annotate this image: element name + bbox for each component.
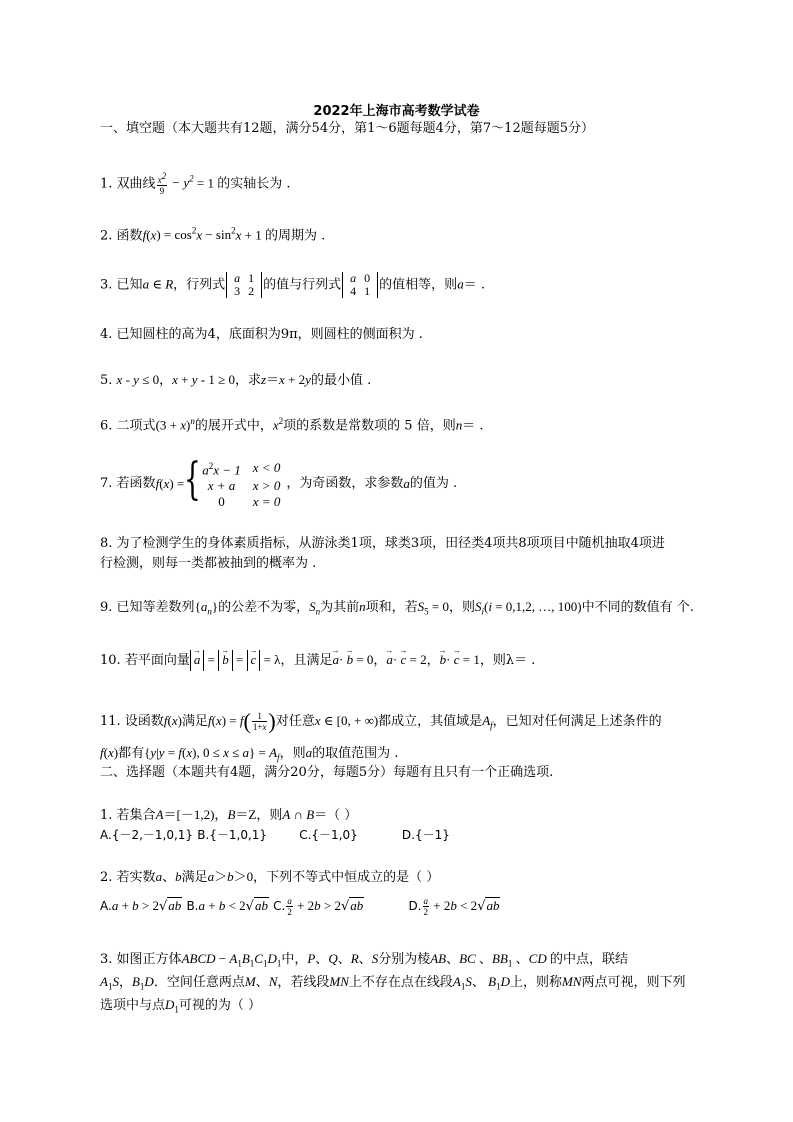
option-b[interactable]: B.{－1,0,1}: [197, 828, 267, 842]
question-2: 2. 函数f(x) = cos2x − sin2x + 1 的周期为 .: [100, 222, 325, 245]
choice-question-2-options: A.a + b > 2√ab B.a + b < 2√ab C.a2 + 2b …: [100, 896, 500, 917]
page-title: 2022年上海市高考数学试卷: [0, 100, 793, 119]
question-9: 9. 已知等差数列{an}的公差不为零，Sn为其前n项和，若S5 = 0，则Si…: [100, 598, 694, 621]
section1-header: 一、填空题（本大题共有12题，满分54分，第1～6题每题4分，第7～12题每题5…: [100, 120, 594, 138]
question-6: 6. 二项式(3 + x)n的展开式中，x2项的系数是常数项的 5 倍，则n＝ …: [100, 412, 483, 435]
question-7: 7. 若函数f(x) ={ a2x − 1x < 0 x + ax > 0 0x…: [100, 458, 457, 510]
question-8-line2: 行检测，则每一类都被抽到的概率为 .: [100, 555, 316, 573]
choice-question-3-line2: A1S，B1D．空间任意两点M、N，若线段MN上不存在点在线段A1S、 B1D上…: [100, 973, 685, 996]
question-1: 1. 双曲线x29 − y2 = 1 的实轴长为 .: [100, 170, 290, 196]
determinant-1: a132: [226, 272, 262, 298]
choice-question-2: 2. 若实数a、b满足a＞b＞0，下列不等式中恒成立的是（ ）: [100, 868, 439, 887]
option-b[interactable]: B.a + b < 2√ab: [186, 899, 269, 914]
question-8-line1: 8. 为了检测学生的身体素质指标，从游泳类1项，球类3项，田径类4项共8项项目中…: [100, 535, 665, 553]
question-3: 3. 已知a ∈ R，行列式a132的值与行列式a041的值相等，则a＝ .: [100, 272, 485, 298]
question-11-line1: 11. 设函数f(x)满足f(x) = f(11+x)对任意x ∈ [0, + …: [100, 711, 662, 735]
option-c[interactable]: C.a2 + 2b > 2√ab: [273, 899, 364, 914]
choice-question-1: 1. 若集合A＝[－1,2)，B＝Z，则A ∩ B＝（ ）: [100, 806, 357, 825]
section2-header: 二、选择题（本题共有4题，满分20分，每题5分）每题有且只有一个正确选项.: [100, 764, 553, 782]
choice-question-1-options: A.{－2,－1,0,1} B.{－1,0,1} C.{－1,0} D.{－1}: [100, 826, 450, 845]
option-c[interactable]: C.{－1,0}: [299, 828, 358, 842]
option-a[interactable]: A.a + b > 2√ab: [100, 899, 182, 914]
choice-question-3-line1: 3. 如图正方体ABCD − A1B1C1D1中，P、Q、R、S分别为棱AB、B…: [100, 950, 628, 973]
question-5: 5. x - y ≤ 0，x + y - 1 ≥ 0，求z＝x + 2y的最小值…: [100, 371, 371, 390]
question-4: 4. 已知圆柱的高为4，底面积为9π，则圆柱的侧面积为 .: [100, 326, 423, 344]
option-d[interactable]: D.{－1}: [402, 828, 450, 842]
determinant-2: a041: [342, 272, 378, 298]
choice-question-3-line3: 选项中与点D1可视的为（ ）: [100, 996, 261, 1019]
question-10: 10. 若平面向量a = b = c = λ，且满足a· b = 0，a· c …: [100, 650, 535, 671]
option-d[interactable]: D.a2 + 2b < 2√ab: [408, 899, 500, 914]
piecewise-function: { a2x − 1x < 0 x + ax > 0 0x = 0: [184, 458, 286, 510]
fraction: x29: [157, 171, 168, 196]
option-a[interactable]: A.{－2,－1,0,1}: [100, 828, 193, 842]
